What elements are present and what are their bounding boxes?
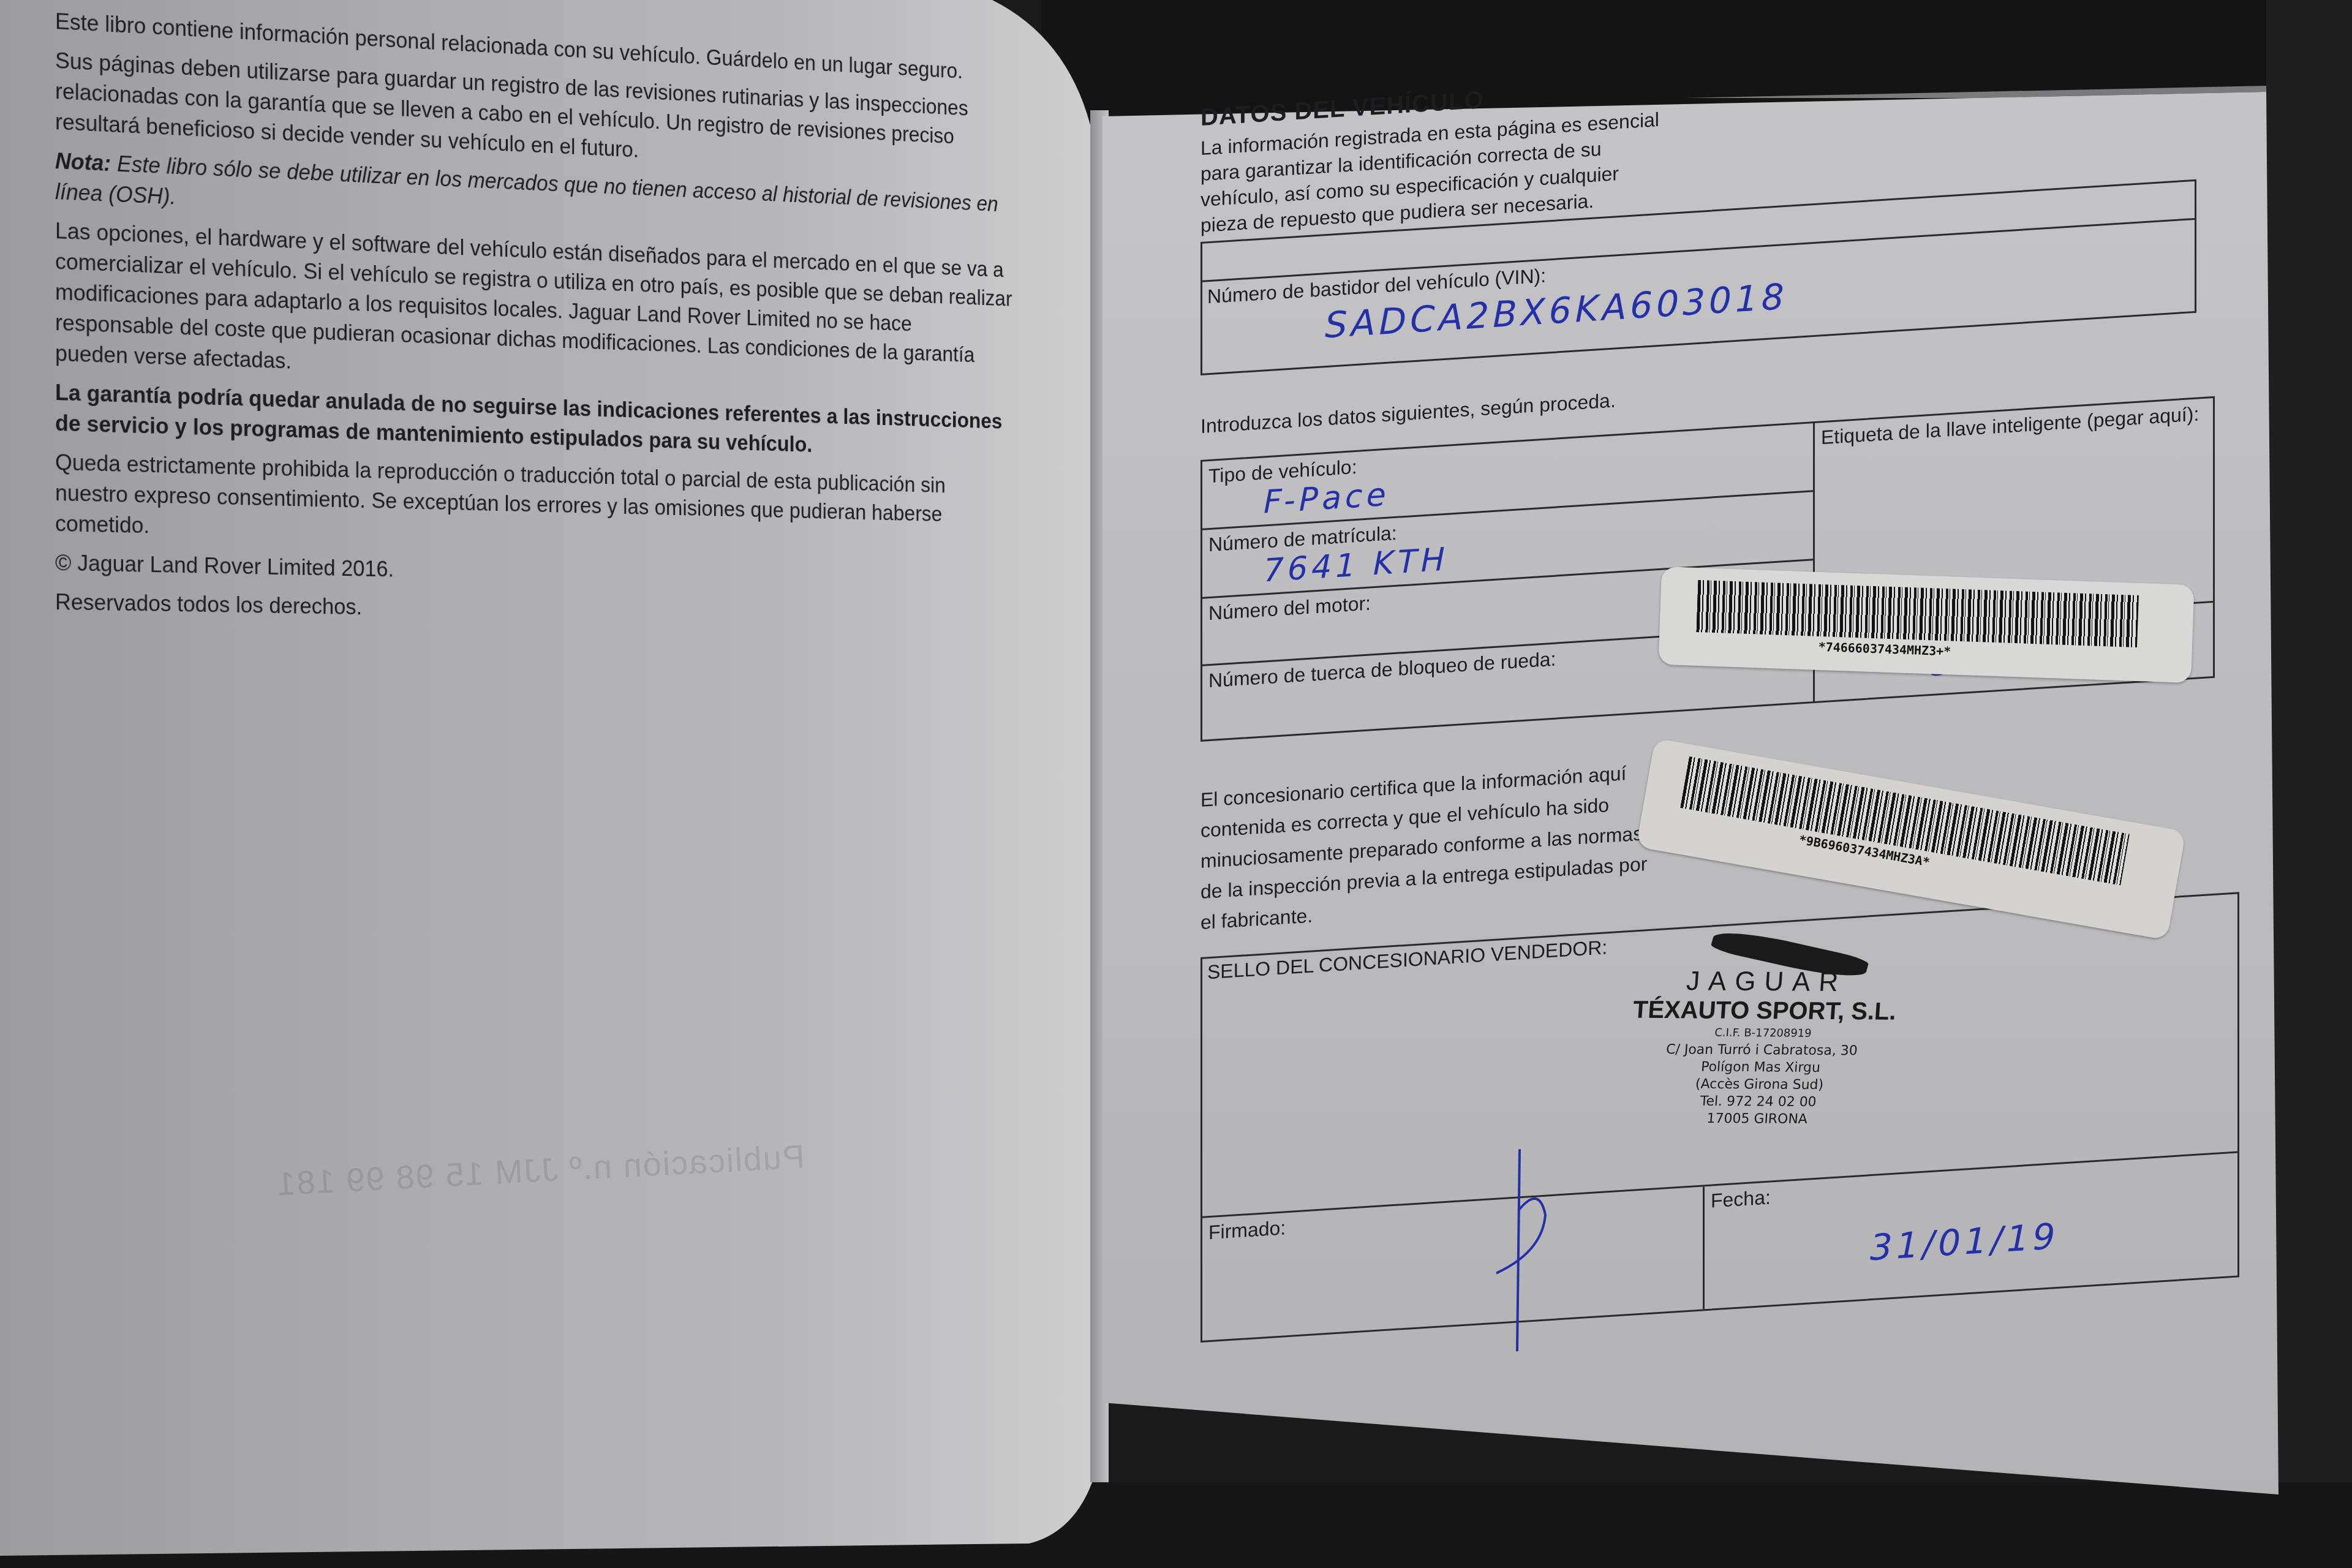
dealer-address-1: C/ Joan Turró i Cabratosa, 30 (1630, 1041, 1894, 1060)
barcode-code: *74666037434MHZ3+* (1818, 639, 1951, 659)
show-through-text: Publicación n.º JJM 15 98 99 181 (275, 1137, 805, 1203)
dealer-address-3: (Accès Girona Sud) (1627, 1076, 1891, 1095)
paragraph-market: Las opciones, el hardware y el software … (55, 216, 1014, 400)
dealer-company: TÉXAUTO SPORT, S.L. (1632, 997, 1898, 1026)
dealer-city: 17005 GIRONA (1625, 1110, 1889, 1129)
note-label: Nota: (55, 148, 111, 176)
dealer-address-2: Polígon Mas Xirgu (1629, 1058, 1893, 1077)
dealer-stamp-box: SELLO DEL CONCESIONARIO VENDEDOR: JAGUAR… (1200, 892, 2239, 1343)
smart-key-label: Etiqueta de la llave inteligente (pegar … (1821, 402, 2207, 450)
paragraph-copyright-notice: Queda estrictamente prohibida la reprodu… (55, 447, 1014, 559)
dealer-phone: Tel. 972 24 02 00 (1626, 1093, 1890, 1112)
dealer-cif: C.I.F. B-17208919 (1631, 1024, 1895, 1043)
rights-reserved: Reservados todos los derechos. (55, 587, 1014, 633)
background-right (2266, 0, 2352, 1568)
signature-icon (1484, 1147, 1558, 1354)
dealer-stamp: JAGUAR TÉXAUTO SPORT, S.L. C.I.F. B-1720… (1625, 941, 1901, 1129)
instructions: Introduzca los datos siguientes, según p… (1200, 383, 1666, 440)
vehicle-data-form: DATOS DEL VEHÍCULO La información regist… (1200, 39, 2242, 1343)
dealer-certification: El concesionario certifica que la inform… (1200, 755, 1666, 938)
barcode-bars (1696, 580, 2139, 647)
date-value: 31/01/19 (1870, 1204, 2231, 1268)
left-page-text: Este libro contiene información personal… (55, 6, 1014, 641)
smart-key-barcode-sticker: *74666037434MHZ3+* (1658, 567, 2194, 683)
